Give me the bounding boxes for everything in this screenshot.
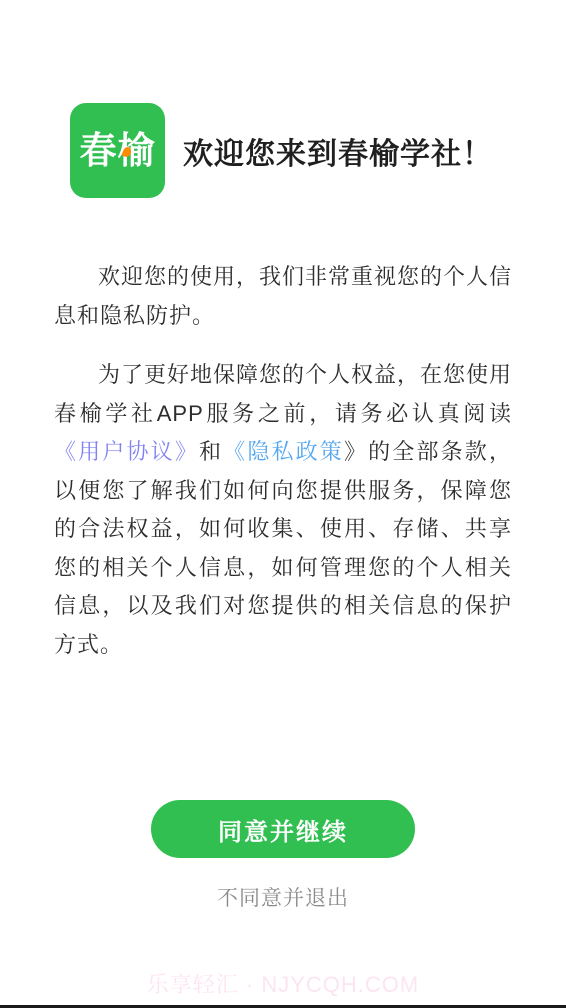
consent-conjunction: 和 (199, 439, 223, 464)
privacy-policy-link[interactable]: 《隐私政策 (223, 439, 344, 464)
watermark-text: 乐享轻汇 · NJYCQH.COM (0, 968, 566, 999)
privacy-consent-screen: 春榆 欢迎您来到春榆学社！ 欢迎您的使用，我们非常重视您的个人信息和隐私防护。 … (0, 0, 566, 1008)
intro-paragraph: 欢迎您的使用，我们非常重视您的个人信息和隐私防护。 (54, 258, 512, 335)
agree-continue-button[interactable]: 同意并继续 (151, 800, 415, 858)
consent-text-suffix: 》的全部条款，以便您了解我们如何向您提供服务，保障您的合法权益，如何收集、使用、… (54, 439, 512, 657)
app-logo-text: 春榆 (80, 132, 156, 169)
consent-text-prefix: 为了更好地保障您的个人权益，在您使用春榆学社APP服务之前，请务必认真阅读 (54, 362, 512, 426)
app-logo-icon: 春榆 (70, 103, 165, 198)
consent-paragraph: 为了更好地保障您的个人权益，在您使用春榆学社APP服务之前，请务必认真阅读《用户… (54, 356, 512, 664)
user-agreement-link[interactable]: 《用户协议》 (54, 439, 199, 464)
disagree-exit-button[interactable]: 不同意并退出 (0, 882, 566, 912)
page-title: 欢迎您来到春榆学社！ (183, 129, 493, 173)
privacy-notice-text: 欢迎您的使用，我们非常重视您的个人信息和隐私防护。 为了更好地保障您的个人权益，… (54, 258, 512, 664)
brand-row: 春榆 欢迎您来到春榆学社！ (70, 103, 526, 198)
